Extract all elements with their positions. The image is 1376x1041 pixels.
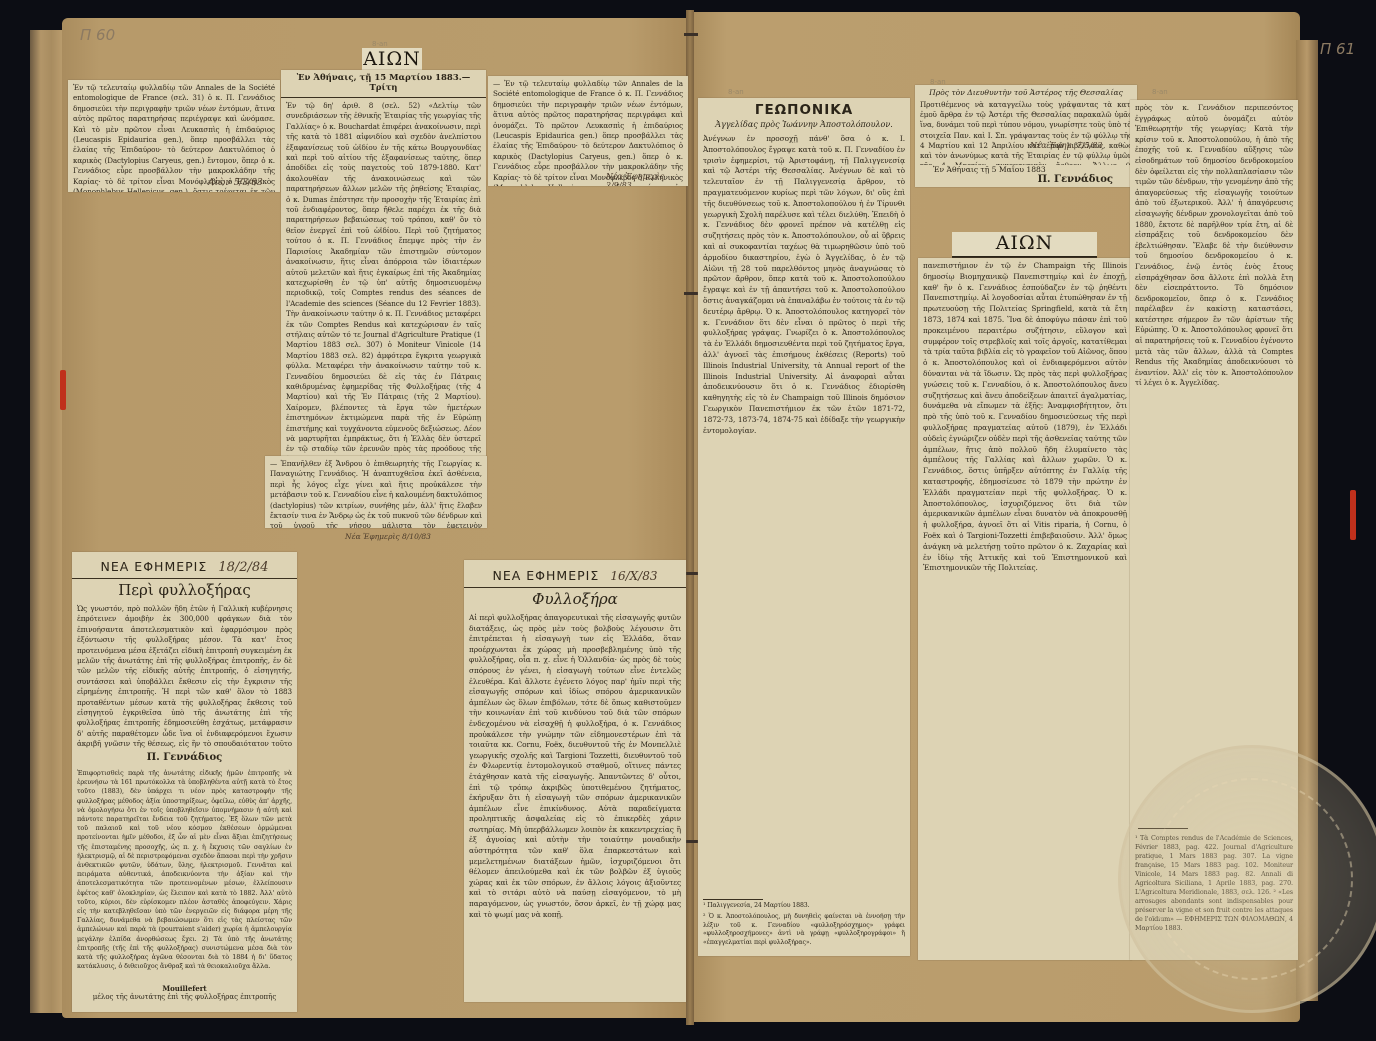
clipping-geoponika: ΓΕΩΠΟΝΙΚΑ Ἀγγελίδας πρὸς Ἰωάννην Ἀποστολ… [698, 98, 910, 956]
clipping-body: Ἀνέγνων ἐν προσοχῇ πάνθ' ὅσα ὁ κ. Ι. Ἀπο… [698, 131, 910, 897]
clipping-annales-middle: — Ἐν τῷ τελευταίῳ φυλλαδίῳ τῶν Annales d… [488, 76, 688, 186]
newspaper-header: ΝΕΑ ΕΦΗΜΕΡΙΣ 16/X/83 [464, 560, 686, 588]
clipping-body: Ὡς γνωστόν, πρὸ πολλῶν ἤδη ἐτῶν ἡ Γαλλικ… [72, 601, 297, 749]
handwritten-annotation: Νέα Ἐφημερὶς 8/10/83 [345, 532, 431, 541]
clipping-body: — Ἐπανῆλθεν ἐξ Ἄνδρου ὁ ἐπιθεωρητὴς τῆς … [265, 456, 487, 528]
handwritten-date: 16/X/83 [610, 569, 657, 583]
handwritten-annotation: Νέα Ἐφημερὶς 2/9/83 [606, 172, 688, 186]
letter-salutation: Πρὸς τὸν Διευθυντὴν τοῦ Ἀστέρος τῆς Θεσσ… [915, 85, 1137, 97]
aion-masthead: ΑΙΩΝ [952, 232, 1097, 258]
library-seal-watermark [1118, 745, 1376, 1013]
signature: Π. Γεννάδιος [915, 174, 1137, 185]
clipping-andros-notice: — Ἐπανῆλθεν ἐξ Ἄνδρου ὁ ἐπιθεωρητὴς τῆς … [265, 456, 487, 528]
dateline: Ἐν Ἀθήναις, τῇ 15 Μαρτίου 1883.—Τρίτη [281, 70, 486, 98]
clipping-nea-efimeris-1884: ΝΕΑ ΕΦΗΜΕΡΙΣ 18/2/84 Περὶ φυλλοξήρας Ὡς … [72, 552, 297, 1012]
masthead-title: ΑΙΩΝ [996, 232, 1054, 254]
masthead-title: ΑΙΩΝ [363, 48, 421, 70]
newspaper-header: ΝΕΑ ΕΦΗΜΕΡΙΣ 18/2/84 [72, 552, 297, 579]
clipping-body: πανεπιστήμιον ἐν τῷ ἐν Champaign τῆς Ill… [918, 258, 1132, 577]
section-subheading: Ἀγγελίδας πρὸς Ἰωάννην Ἀποστολόπουλον. [698, 118, 910, 131]
clipping-aion-right: πανεπιστήμιον ἐν τῷ ἐν Champaign τῆς Ill… [918, 258, 1132, 960]
pencil-mark: 8-an [930, 78, 946, 86]
article-title: Φυλλοξήρα [464, 588, 686, 610]
newspaper-name: ΝΕΑ ΕΦΗΜΕΡΙΣ [101, 559, 208, 574]
folio-left: Π 60 [80, 26, 115, 44]
bookmark-ribbon [1350, 490, 1356, 540]
clipping-body: — Ἐν τῷ τελευταίῳ φυλλαδίῳ τῶν Annales d… [488, 76, 688, 186]
binding-stitch [684, 33, 698, 36]
clipping-letter-asteras: Πρὸς τὸν Διευθυντὴν τοῦ Ἀστέρος τῆς Θεσσ… [915, 85, 1137, 187]
clipping-body: Προτιθέμενος νὰ καταγγείλω τοὺς γράψαντα… [915, 97, 1137, 165]
newspaper-name: ΝΕΑ ΕΦΗΜΕΡΙΣ [493, 568, 600, 583]
dateline: Ἐν Ἀθήναις τῇ 5 Μαΐου 1883 [915, 165, 1137, 174]
folio-right: Π 61 [1320, 40, 1355, 58]
pencil-mark: 8-an [728, 88, 744, 96]
clipping-nea-efimeris-1883: ΝΕΑ ΕΦΗΜΕΡΙΣ 16/X/83 Φυλλοξήρα Αἱ περὶ φ… [464, 560, 686, 1002]
pencil-mark: 8-an [372, 40, 388, 48]
footer-role: μέλος τῆς ἀνωτάτης ἐπὶ τῆς φυλλοξήρας ἐπ… [72, 993, 297, 1001]
footnote: ¹ Παλιγγενεσία, 24 Μαρτίου 1883. [698, 902, 910, 913]
handwritten-annotation: Αἰὼν 5/3/83 [208, 178, 263, 188]
bookmark-ribbon [60, 370, 66, 410]
clipping-body: Ἐν τῷ δη' ἀριθ. 8 (σελ. 52) «Δελτίῳ τῶν … [281, 98, 486, 482]
aion-masthead: ΑΙΩΝ [362, 48, 422, 70]
section-heading: ΓΕΩΠΟΝΙΚΑ [698, 98, 910, 118]
clipping-body-continued: Ἐπιφορτισθεὶς παρὰ τῆς ἀνωτάτης εἰδικῆς … [72, 766, 297, 984]
signature: Π. Γεννάδιος [72, 749, 297, 766]
footer-name: Mouillefert [72, 984, 297, 993]
footnote: ² Ὁ κ. Ἀποστολόπουλος, μὴ δυνηθεὶς φαίνε… [698, 913, 910, 950]
pencil-mark: 8-an [1152, 88, 1168, 96]
clipping-body: Αἱ περὶ φυλλοξήρας ἀπαγορευτικαὶ τῆς εἰσ… [464, 610, 686, 923]
scrapbook-spread: Π 60 Π 61 Ἐν τῷ τελευταίῳ φυλλαδίῳ τῶν A… [0, 0, 1376, 1041]
handwritten-date: 18/2/84 [218, 560, 268, 575]
binding-stitch [684, 572, 698, 575]
binding-stitch [684, 292, 698, 295]
clipping-annales-left: Ἐν τῷ τελευταίῳ φυλλαδίῳ τῶν Annales de … [68, 80, 280, 192]
clipping-body: πρὸς τὸν κ. Γεννάδιον περιπεσόντος ἐγγρά… [1130, 100, 1298, 826]
binding-stitch [684, 840, 698, 843]
handwritten-annotation: Νέα Ἐφημ. 7/5/83 [1030, 141, 1103, 150]
clipping-body: Ἐν τῷ τελευταίῳ φυλλαδίῳ τῶν Annales de … [68, 80, 280, 192]
clipping-aion-1883: Ἐν Ἀθήναις, τῇ 15 Μαρτίου 1883.—Τρίτη Ἐν… [281, 70, 486, 482]
article-title: Περὶ φυλλοξήρας [72, 579, 297, 601]
